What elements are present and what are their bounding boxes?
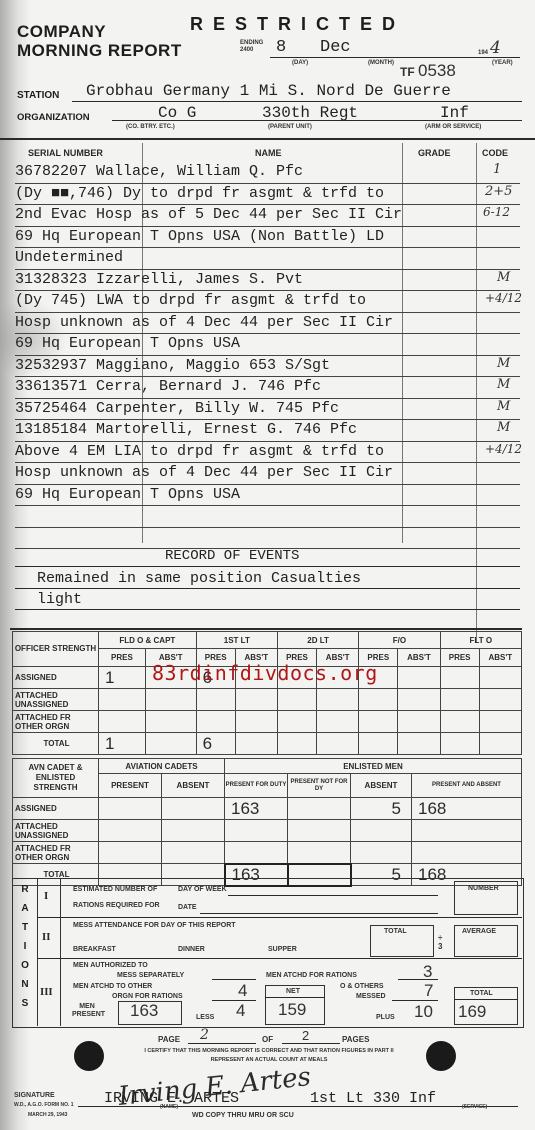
col-code: CODE xyxy=(482,148,508,158)
plus-label: PLUS xyxy=(376,1014,395,1021)
entry-line: 69 Hq European T Opns USA xyxy=(15,334,520,356)
entry-code: M xyxy=(497,270,510,285)
rations-sec1-label1: ESTIMATED NUMBER OF xyxy=(73,886,157,893)
number-label: NUMBER xyxy=(468,885,499,892)
total-label: TOTAL xyxy=(384,928,407,935)
ending-label: ENDING 2400 xyxy=(240,40,268,54)
officer-row-attached-unassigned: ATTACHED UNASSIGNED xyxy=(13,689,522,711)
sub-pres: PRES xyxy=(99,649,146,667)
col-present-for-duty: PRESENT FOR DUTY xyxy=(225,774,288,798)
officer-strength-table: OFFICER STRENGTH FLD O & CAPT 1ST LT 2D … xyxy=(12,631,522,755)
group-fld-o-capt: FLD O & CAPT xyxy=(99,632,197,649)
entry-code: 1 xyxy=(493,162,501,177)
page-label: PAGE xyxy=(158,1035,180,1044)
entry-line: 2nd Evac Hosp as of 5 Dec 44 per Sec II … xyxy=(15,205,520,227)
supper-label: SUPPER xyxy=(268,946,297,953)
entry-code: M xyxy=(497,377,510,392)
entry-line: 32532937 Maggiano, Maggio 653 S/SgtM xyxy=(15,356,520,378)
entry-line: (Dy ■■,746) Dy to drpd fr asgmt & trfd t… xyxy=(15,184,520,206)
net-value: 159 xyxy=(278,1000,306,1020)
entry-line: 69 Hq European T Opns USA xyxy=(15,485,520,507)
plus-value: 10 xyxy=(414,1002,433,1022)
rations-sec3-numeral: III xyxy=(40,988,53,998)
officer-row-total: TOTAL 1 6 xyxy=(13,733,522,755)
entries-list: 36782207 Wallace, William Q. Pfc1 (Dy ■■… xyxy=(15,162,520,549)
group-enlisted-men: ENLISTED MEN xyxy=(225,759,522,774)
less-value: 4 xyxy=(236,1001,245,1021)
punch-hole-left xyxy=(74,1041,104,1071)
less-label: LESS xyxy=(196,1014,214,1021)
report-month: Dec xyxy=(320,38,351,57)
organization-parent-unit: 330th Regt xyxy=(262,104,358,122)
organization-company: Co G xyxy=(158,104,196,122)
rations-total-value: 169 xyxy=(458,1002,486,1022)
col-cadets-present: PRESENT xyxy=(99,774,162,798)
mess-separately-label2: MESS SEPARATELY xyxy=(117,972,184,979)
sub-abst: ABS'T xyxy=(479,649,521,667)
watermark: 83rdinfdivdocs.org xyxy=(152,661,378,685)
mess-separately-label1: MEN AUTHORIZED TO xyxy=(73,962,148,969)
group-2d-lt: 2D LT xyxy=(277,632,358,649)
year-caption: (YEAR) xyxy=(492,60,513,66)
entry-code: M xyxy=(497,356,510,371)
group-flt-o: FLT O xyxy=(440,632,521,649)
parent-caption: (PARENT UNIT) xyxy=(268,124,312,130)
distribution-note: WD COPY THRU MRU OR SCU xyxy=(192,1112,294,1119)
others-messed-value: 7 xyxy=(424,981,433,1001)
entry-code: 2+5 xyxy=(485,184,512,199)
atchd-for-rations-label: MEN ATCHD FOR RATIONS xyxy=(266,972,357,979)
entry-line: 13185184 Martorelli, Ernest G. 746 PfcM xyxy=(15,420,520,442)
classification-stamp: RESTRICTED xyxy=(190,14,405,35)
sub-pres: PRES xyxy=(440,649,479,667)
rations-side-label: RATIONS xyxy=(18,880,32,1013)
record-of-events-title: RECORD OF EVENTS xyxy=(165,548,299,564)
rations-sec1-numeral: I xyxy=(44,892,48,902)
record-of-events-line: light xyxy=(37,591,82,608)
col-present-and-absent: PRESENT AND ABSENT xyxy=(412,774,522,798)
form-title-line1: COMPANY xyxy=(17,22,106,42)
page-number: 2 xyxy=(200,1027,209,1043)
breakfast-label: BREAKFAST xyxy=(73,946,116,953)
report-number: TF 0538 xyxy=(400,61,456,81)
organization-label: ORGANIZATION xyxy=(17,112,90,123)
day-caption: (DAY) xyxy=(292,60,308,66)
col-present-not-for-duty: PRESENT NOT FOR DY xyxy=(288,774,351,798)
signer-rank-unit: 1st Lt 330 Inf xyxy=(310,1090,436,1107)
col-grade: GRADE xyxy=(418,148,451,158)
others-messed-label2: MESSED xyxy=(356,993,386,1000)
form-id-line2: MARCH 29, 1943 xyxy=(28,1112,67,1118)
col-name: NAME xyxy=(255,148,282,158)
company-caption: (CO. BTRY. ETC.) xyxy=(126,124,175,130)
col-serial-number: SERIAL NUMBER xyxy=(28,148,103,158)
atchd-other-label2: ORGN FOR RATIONS xyxy=(112,993,183,1000)
morning-report-page: RESTRICTED COMPANY MORNING REPORT ENDING… xyxy=(0,0,535,1130)
group-1st-lt: 1ST LT xyxy=(196,632,277,649)
name-caption: (NAME) xyxy=(160,1104,178,1110)
entry-code: 6-12 xyxy=(483,205,510,219)
rations-sec2-numeral: II xyxy=(42,933,50,943)
entry-line: Undetermined xyxy=(15,248,520,270)
col-em-absent: ABSENT xyxy=(351,774,412,798)
month-caption: (MONTH) xyxy=(368,60,394,66)
enlisted-strength-title: AVN CADET & ENLISTED STRENGTH xyxy=(13,759,99,798)
record-of-events-line: Remained in same position Casualties xyxy=(37,570,361,587)
others-messed-label1: O & OTHERS xyxy=(340,983,384,990)
men-present-label: MEN PRESENT xyxy=(72,1003,102,1019)
entry-line: 35725464 Carpenter, Billy W. 745 PfcM xyxy=(15,399,520,421)
form-title-line2: MORNING REPORT xyxy=(17,41,182,61)
report-year: 4 xyxy=(490,38,501,58)
average-label: AVERAGE xyxy=(462,928,496,935)
entry-line: 33613571 Cerra, Bernard J. 746 PfcM xyxy=(15,377,520,399)
report-day: 8 xyxy=(276,38,286,57)
net-label: NET xyxy=(286,988,300,995)
rations-sec1-label2: RATIONS REQUIRED FOR xyxy=(73,902,160,909)
pages-label: PAGES xyxy=(342,1035,369,1044)
entry-code: +4/12 xyxy=(485,442,522,456)
officer-strength-title: OFFICER STRENGTH xyxy=(13,632,99,667)
entry-code: +4/12 xyxy=(485,291,522,305)
day-of-week-label: DAY OF WEEK xyxy=(178,886,227,893)
atchd-other-value: 4 xyxy=(238,981,247,1001)
entry-line: Above 4 EM LIA to drpd fr asgmt & trfd t… xyxy=(15,442,520,464)
page-total: 2 xyxy=(302,1028,309,1043)
of-label: OF xyxy=(262,1035,273,1044)
punch-hole-right xyxy=(426,1041,456,1071)
enlisted-strength-table: AVN CADET & ENLISTED STRENGTH AVIATION C… xyxy=(12,758,522,887)
entry-line: 31328323 Izzarelli, James S. PvtM xyxy=(15,270,520,292)
entry-line: Hosp unknown as of 4 Dec 44 per Sec II C… xyxy=(15,313,520,335)
rations-total-label: TOTAL xyxy=(470,990,493,997)
organization-arm: Inf xyxy=(440,104,469,122)
certification-text: I CERTIFY THAT THIS MORNING REPORT IS CO… xyxy=(144,1047,394,1065)
entry-code: M xyxy=(497,399,510,414)
station-value: Grobhau Germany 1 Mi S. Nord De Guerre xyxy=(86,82,451,100)
divide-by-three: ÷ 3 xyxy=(438,933,446,951)
mess-attendance-label: MESS ATTENDANCE FOR DAY OF THIS REPORT xyxy=(73,922,236,929)
entry-line: (Dy 745) LWA to drpd fr asgmt & trfd to+… xyxy=(15,291,520,313)
entry-code: M xyxy=(497,420,510,435)
group-aviation-cadets: AVIATION CADETS xyxy=(99,759,225,774)
enlisted-row-assigned: ASSIGNED 163 5 168 xyxy=(13,798,522,820)
entry-line: Hosp unknown as of 4 Dec 44 per Sec II C… xyxy=(15,463,520,485)
date-label: DATE xyxy=(178,904,197,911)
col-cadets-absent: ABSENT xyxy=(162,774,225,798)
enlisted-row-attached-other-orgn: ATTACHED FR OTHER ORGN xyxy=(13,842,522,864)
men-present-value: 163 xyxy=(130,1001,158,1021)
signature-label: SIGNATURE xyxy=(14,1092,55,1099)
atchd-for-rations-value: 3 xyxy=(423,962,432,982)
sub-abst: ABS'T xyxy=(398,649,440,667)
arm-caption: (ARM OR SERVICE) xyxy=(425,124,481,130)
group-flight-officer: F/O xyxy=(359,632,440,649)
service-caption: (SERVICE) xyxy=(462,1104,487,1110)
station-label: STATION xyxy=(17,90,59,101)
entry-line: 36782207 Wallace, William Q. Pfc1 xyxy=(15,162,520,184)
year-prefix: 194 xyxy=(478,50,488,56)
enlisted-row-attached-unassigned: ATTACHED UNASSIGNED xyxy=(13,820,522,842)
atchd-other-label1: MEN ATCHD TO OTHER xyxy=(73,983,152,990)
officer-row-attached-other-orgn: ATTACHED FR OTHER ORGN xyxy=(13,711,522,733)
entry-line: 69 Hq European T Opns USA (Non Battle) L… xyxy=(15,227,520,249)
form-id-line1: W.D., A.G.O. FORM NO. 1 xyxy=(14,1102,74,1108)
dinner-label: DINNER xyxy=(178,946,205,953)
